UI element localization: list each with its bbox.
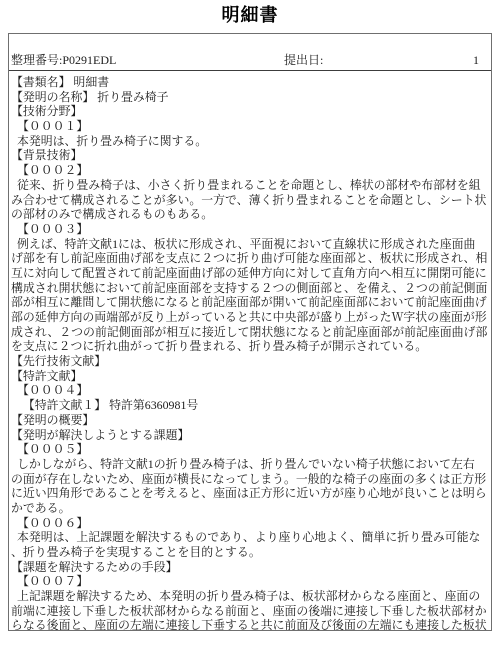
- document-line: 【発明の名称】 折り畳み椅子: [11, 90, 489, 105]
- document-line: 従来、折り畳み椅子は、小さく折り畳まれることを命題とし、棒状の部材や布部材を組: [11, 178, 489, 193]
- document-line: げ部を有し前記座面曲げ部を支点に２つに折り曲げ可能な座面部と、板状に形成され、相: [11, 251, 489, 266]
- document-line: 【技術分野】: [11, 104, 489, 119]
- document-line: み合わせて構成されることが多い。一方で、薄く折り畳まれることを命題とし、シート状: [11, 193, 489, 208]
- document-line: 、折り畳み椅子を実現することを目的とする。: [11, 545, 489, 560]
- document-line: 【課題を解決するための手段】: [11, 560, 489, 575]
- document-line: 【０００１】: [11, 119, 489, 134]
- document-line: 部の延伸方向の両端部が反り上がっていると共に中央部が盛り上がったＷ字状の座面が形: [11, 310, 489, 325]
- document-line: 【０００２】: [11, 163, 489, 178]
- document-line: 【特許文献】: [11, 369, 489, 384]
- document-line: 【背景技術】: [11, 148, 489, 163]
- document-line: 【書類名】 明細書: [11, 75, 489, 90]
- document-line: 【０００７】: [11, 574, 489, 589]
- page-title: 明細書: [0, 5, 500, 26]
- document-line: 【０００４】: [11, 383, 489, 398]
- document-line: の部材のみで構成されるものもある。: [11, 207, 489, 222]
- document-line: しかしながら、特許文献1の折り畳み椅子は、折り畳んでいない椅子状態において左右: [11, 457, 489, 472]
- document-line: 構成され開状態において前記座面部を支持する２つの側面部と、を備え、２つの前記側面: [11, 281, 489, 296]
- document-line: 例えば、特許文献1には、板状に形成され、平面視において直線状に形成された座面曲: [11, 237, 489, 252]
- document-line: 【特許文献１】 特許第6360981号: [11, 398, 489, 413]
- document-header-row: 整理番号:P0291EDL 提出日: 1: [9, 53, 491, 71]
- document-line: 【発明が解決しようとする課題】: [11, 428, 489, 443]
- document-line: 本発明は、折り畳み椅子に関する。: [11, 134, 489, 149]
- document-line: 本発明は、上記課題を解決するものであり、より座り心地よく、簡単に折り畳み可能な: [11, 530, 489, 545]
- page-number: 1: [473, 53, 489, 67]
- document-line: に近い四角形であることを考えると、座面は正方形に近い方が座り心地が良いことは明ら: [11, 486, 489, 501]
- document-line: かである。: [11, 501, 489, 516]
- document-line: 【発明の概要】: [11, 413, 489, 428]
- document-line: 【０００３】: [11, 222, 489, 237]
- document-line: 互に対向して配置されて前記座面曲げ部の延伸方向に対して直角方向へ相互に開閉可能に: [11, 266, 489, 281]
- document-line: 【先行技術文献】: [11, 354, 489, 369]
- document-line: を支点に２つに折れ曲がって折り畳まれる、折り畳み椅子が開示されている。: [11, 339, 489, 354]
- document-line: 【０００６】: [11, 516, 489, 531]
- document-body: 【書類名】 明細書【発明の名称】 折り畳み椅子【技術分野】 【０００１】 本発明…: [9, 71, 491, 631]
- document-line: らなる後面と、座面の左端に連接し下垂すると共に前面及び後面の左端にも連接した板状: [11, 618, 489, 631]
- document-frame: 整理番号:P0291EDL 提出日: 1 【書類名】 明細書【発明の名称】 折り…: [8, 33, 492, 631]
- reference-number: 整理番号:P0291EDL: [11, 53, 284, 67]
- document-line: の面が存在しないため、座面が横長になってしまう。一般的な椅子の座面の多くは正方形: [11, 472, 489, 487]
- submission-date-label: 提出日:: [284, 53, 473, 67]
- document-line: 【０００５】: [11, 442, 489, 457]
- document-line: 上記課題を解決するため、本発明の折り畳み椅子は、板状部材からなる座面と、座面の: [11, 589, 489, 604]
- document-line: 前端に連接し下垂した板状部材からなる前面と、座面の後端に連接し下垂した板状部材か: [11, 604, 489, 619]
- document-line: 部が相互に離間して開状態になると前記座面部が開いて前記座面部において前記座面曲げ: [11, 295, 489, 310]
- document-line: 成され、２つの前記側面部が相互に接近して閉状態になると前記座面部が前記座面曲げ部: [11, 325, 489, 340]
